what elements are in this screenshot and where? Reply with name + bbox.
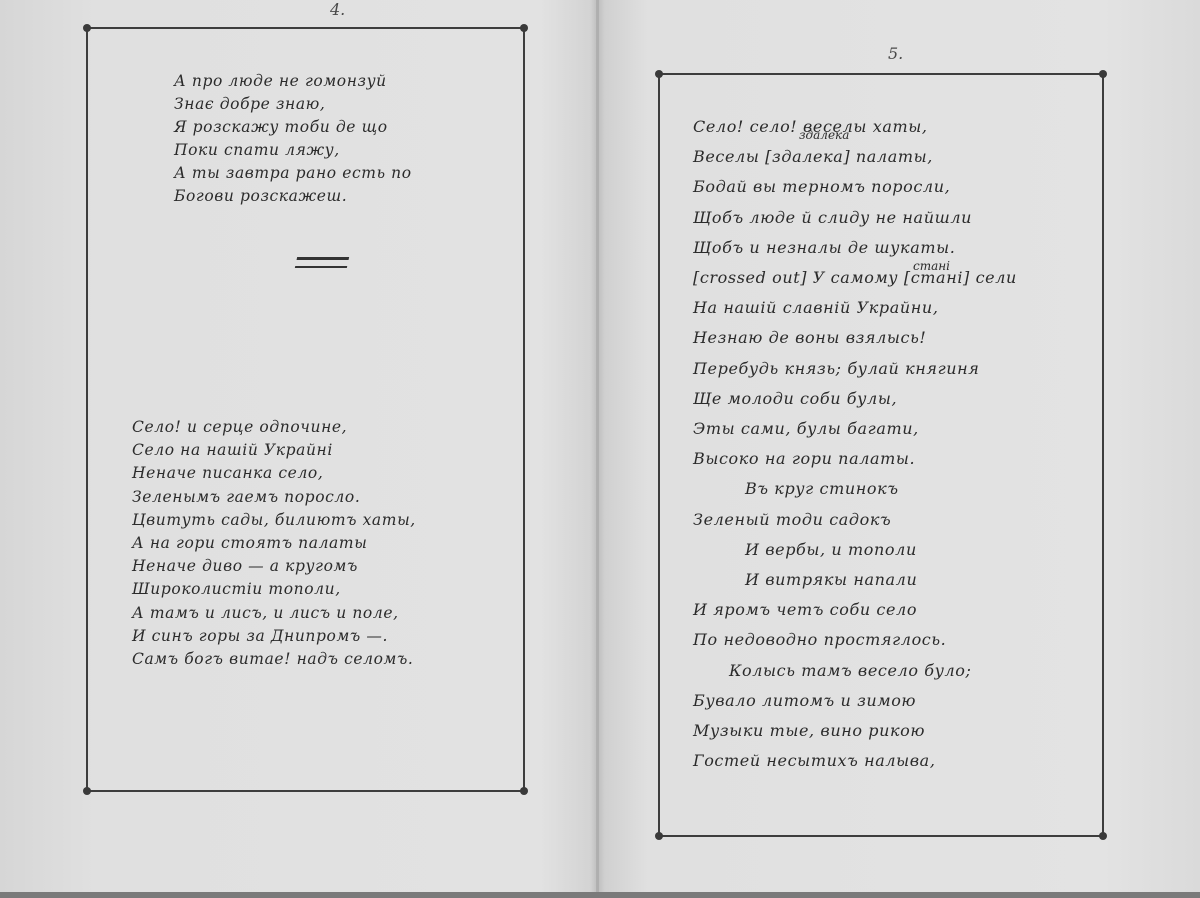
verse-line: Село! и серце одпочине, (132, 416, 416, 439)
verse-line: Щобъ и незналы де шукаты. (693, 233, 1017, 263)
verse-line: Бодай вы терномъ поросли, (693, 172, 1017, 202)
left-stanza-2: Село! и серце одпочине, Село на нашій Ук… (132, 416, 416, 671)
verse-line: Перебудь князь; булай княгиня (693, 354, 1017, 384)
verse-line: А тамъ и лисъ, и лисъ и поле, (132, 602, 416, 625)
frame-corner-dot (655, 832, 663, 840)
verse-line: Зеленымъ гаемъ поросло. (132, 486, 416, 509)
verse-line: А на гори стоятъ палаты (132, 532, 416, 555)
page-number-right: 5. (888, 44, 903, 63)
verse-line: А про люде не гомонзуй (174, 70, 412, 93)
verse-line: Неначе писанка село, (132, 462, 416, 485)
verse-line: Музыки тые, вино рикою (693, 716, 1017, 746)
verse-line: Зеленый тоди садокъ (693, 505, 1017, 535)
verse-line: И яромъ четъ соби село (693, 595, 1017, 625)
verse-line-indented: Колысь тамъ весело було; (693, 656, 1017, 686)
left-page: 4. А про люде не гомонзуй Знає добре зна… (0, 0, 597, 898)
right-stanza: Село! село! веселы хаты, Веселы [здалека… (693, 112, 1017, 776)
frame-corner-dot (520, 24, 528, 32)
left-stanza-1: А про люде не гомонзуй Знає добре знаю, … (174, 70, 412, 208)
frame-corner-dot (1099, 832, 1107, 840)
frame-corner-dot (655, 70, 663, 78)
frame-corner-dot (520, 787, 528, 795)
verse-line: Цвитуть сады, билиютъ хаты, (132, 509, 416, 532)
verse-line: Широколистіи тополи, (132, 578, 416, 601)
verse-line-indented: Въ круг стинокъ (693, 474, 1017, 504)
verse-line: И синъ горы за Днипромъ —. (132, 625, 416, 648)
section-divider-mark (295, 257, 349, 268)
verse-line: Щобъ люде й слиду не найшли (693, 203, 1017, 233)
verse-line: Богови розскажеш. (174, 185, 412, 208)
verse-line-indented: И вербы, и тополи (693, 535, 1017, 565)
verse-line: А ты завтра рано есть по (174, 162, 412, 185)
verse-line: На нашій славній Украйни, (693, 293, 1017, 323)
verse-line-indented: И витрякы напали (693, 565, 1017, 595)
frame-corner-dot (83, 787, 91, 795)
verse-line: Ще молоди соби булы, (693, 384, 1017, 414)
verse-line: Бувало литомъ и зимою (693, 686, 1017, 716)
verse-line: Веселы [здалека] палаты, (693, 142, 1017, 172)
verse-line: Эты сами, булы багати, (693, 414, 1017, 444)
verse-line: Село! село! веселы хаты, (693, 112, 1017, 142)
frame-corner-dot (83, 24, 91, 32)
verse-line: Я розскажу тоби де що (174, 116, 412, 139)
verse-line: Село на нашій Украйні (132, 439, 416, 462)
verse-line: Самъ богъ витае! надъ селомъ. (132, 648, 416, 671)
frame-corner-dot (1099, 70, 1107, 78)
verse-line: Незнаю де воны взялысь! (693, 323, 1017, 353)
verse-line: [crossed out] У самому [стані] сели (693, 263, 1017, 293)
right-page: 5. здалека стані Село! село! веселы хаты… (599, 0, 1200, 898)
verse-line: Знає добре знаю, (174, 93, 412, 116)
book-spread: 4. А про люде не гомонзуй Знає добре зна… (0, 0, 1200, 898)
verse-line: По недоводно простяглось. (693, 625, 1017, 655)
page-number-left: 4. (330, 0, 345, 19)
verse-line: Высоко на гори палаты. (693, 444, 1017, 474)
verse-line: Гостей несытихъ налыва, (693, 746, 1017, 776)
verse-line: Поки спати ляжу, (174, 139, 412, 162)
verse-line: Неначе диво — а кругомъ (132, 555, 416, 578)
